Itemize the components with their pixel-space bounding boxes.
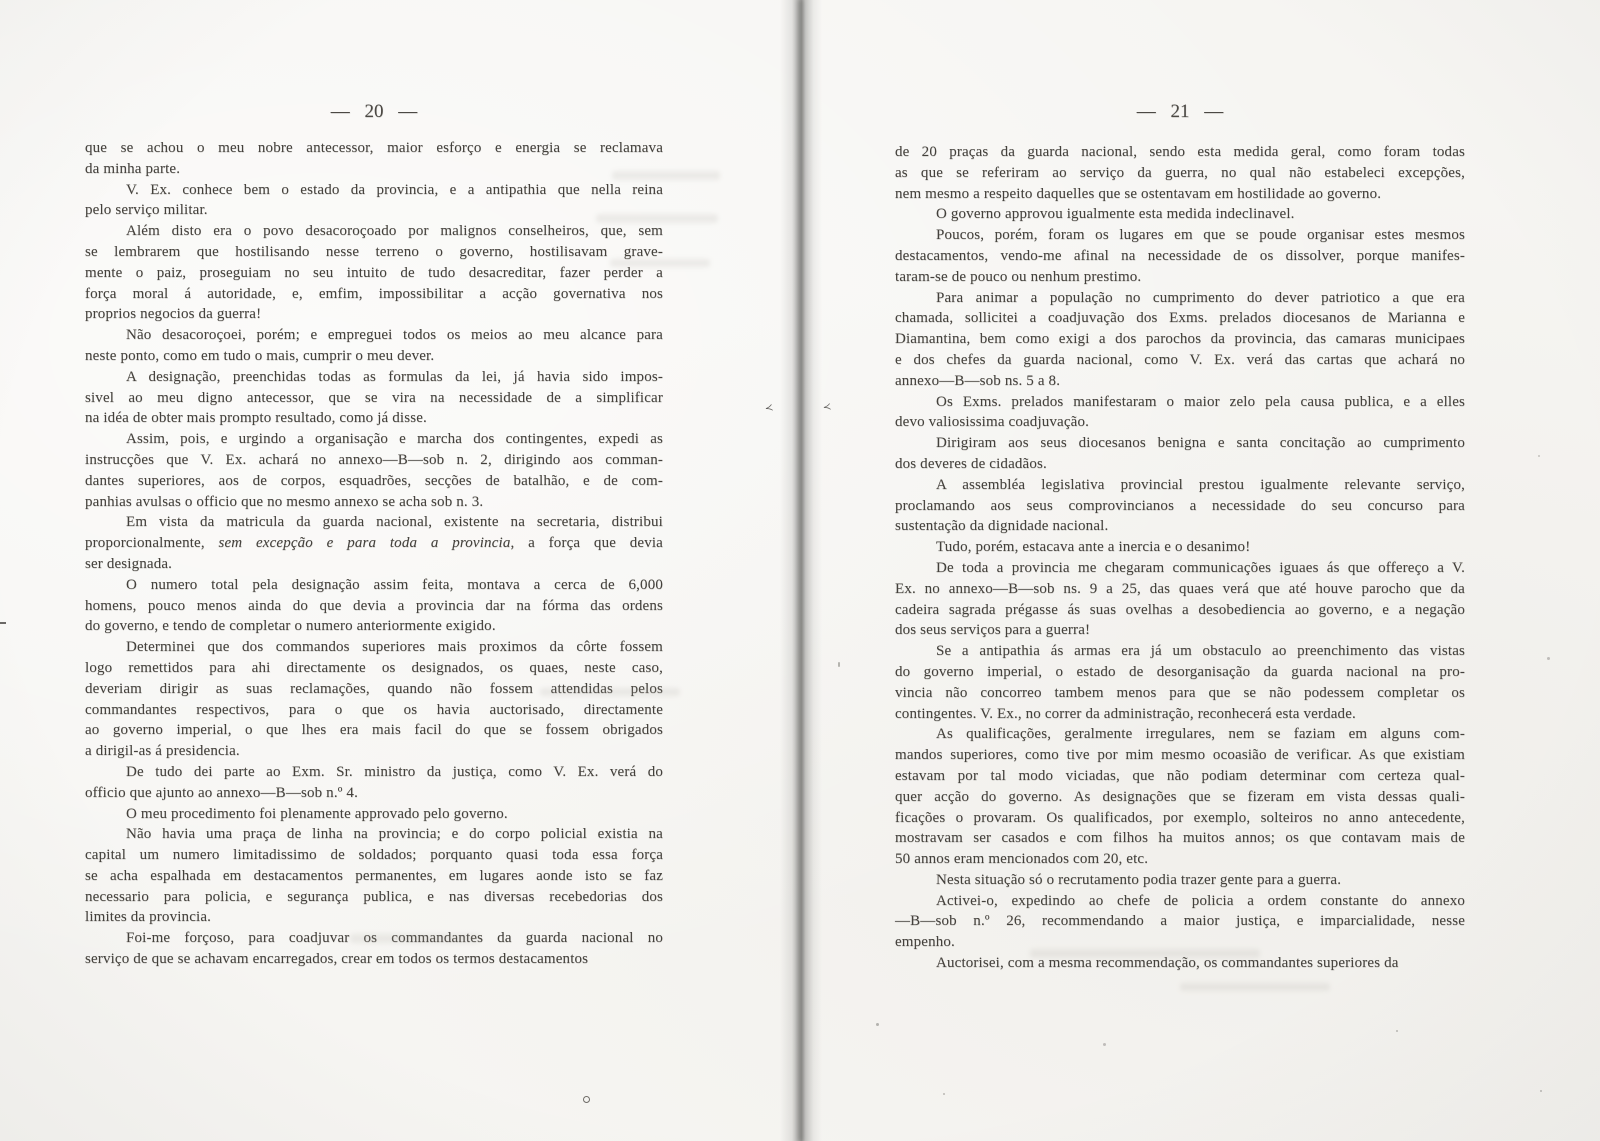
text-line: se acha espalhada em destacamentos perma… [85, 866, 663, 887]
dust-speck [1103, 1043, 1106, 1046]
stray-pen-mark: ≺ [822, 402, 832, 413]
text-line: na idéa de obter mais prompto resultado,… [85, 408, 663, 429]
book-gutter-core-shadow [798, 0, 803, 1141]
text-line: dantes superiores, aos de corpos, esquad… [85, 471, 663, 492]
text-line: Não desacoroçoei, porém; e empreguei tod… [85, 325, 663, 346]
dust-speck [1538, 455, 1540, 457]
text-line: limites da provincia. [85, 907, 663, 928]
paragraph: Poucos, porém, foram os lugares em que s… [895, 225, 1465, 287]
text-line: dos deveres de cidadãos. [895, 454, 1465, 475]
paragraph: Além disto era o povo desacoroçoado por … [85, 221, 663, 325]
page-text-left: que se achou o meu nobre antecessor, mai… [85, 138, 663, 970]
dust-speck [876, 1023, 879, 1026]
text-line: necessario para policia, e segurança pub… [85, 887, 663, 908]
paragraph: Se a antipathia ás armas era já um obsta… [895, 641, 1465, 724]
paragraph: O governo approvou igualmente esta medid… [895, 204, 1465, 225]
text-line: Dirigiram aos seus diocesanos benigna e … [895, 433, 1465, 454]
text-line: Auctorisei, com a mesma recommendação, o… [895, 953, 1465, 974]
text-line: Além disto era o povo desacoroçoado por … [85, 221, 663, 242]
text-line: a dirigil-as á presidencia. [85, 741, 663, 762]
text-line: do governo imperial, o estado de desorga… [895, 662, 1465, 683]
text-line: do governo, e tendo de completar o numer… [85, 616, 663, 637]
text-line: commandantes respectivos, para o que os … [85, 700, 663, 721]
text-line: da minha parte. [85, 159, 663, 180]
paragraph: De toda a provincia me chegaram communic… [895, 558, 1465, 641]
paragraph: Assim, pois, e urgindo a organisação e m… [85, 429, 663, 512]
ink-ring-speck [583, 1096, 590, 1103]
dust-speck [943, 1093, 945, 1095]
text-line: vincia não concorreo tambem menos para q… [895, 683, 1465, 704]
text-line: instrucções que V. Ex. achará no annexo—… [85, 450, 663, 471]
text-line: cadeira sagrada prégasse ás suas ovelhas… [895, 600, 1465, 621]
text-line: ficações o provaram. Os qualificados, po… [895, 808, 1465, 829]
paragraph: Auctorisei, com a mesma recommendação, o… [895, 953, 1465, 974]
text-line: serviço de que se achavam encarregados, … [85, 949, 663, 970]
text-line: A designação, preenchidas todas as formu… [85, 367, 663, 388]
text-line: homens, pouco menos ainda do que devia a… [85, 596, 663, 617]
paragraph: Foi-me forçoso, para coadjuvar os comman… [85, 928, 663, 970]
page-number-left: — 20 — [85, 101, 663, 123]
text-line: estavam por tal modo viciadas, que não p… [895, 766, 1465, 787]
paragraph: Tudo, porém, estacava ante a inercia e o… [895, 537, 1465, 558]
paragraph: Não havia uma praça de linha na provinci… [85, 824, 663, 928]
paragraph: Dirigiram aos seus diocesanos benigna e … [895, 433, 1465, 475]
text-line: V. Ex. conhece bem o estado da provincia… [85, 180, 663, 201]
dust-speck [1540, 1090, 1542, 1092]
text-line: 50 annos eram mencionados com 20, etc. [895, 849, 1465, 870]
text-line: mostravam ser casados e com filhos ha mu… [895, 828, 1465, 849]
text-line: Assim, pois, e urgindo a organisação e m… [85, 429, 663, 450]
paragraph: As qualificações, geralmente irregulares… [895, 724, 1465, 870]
text-line: sustentação da dignidade nacional. [895, 516, 1465, 537]
text-line: Nesta situação só o recrutamento podia t… [895, 870, 1465, 891]
text-line: e dos chefes da guarda nacional, como V.… [895, 350, 1465, 371]
dust-speck [1547, 657, 1550, 660]
text-line: ser designada. [85, 554, 663, 575]
text-line: panhias avulsas o officio que no mesmo a… [85, 492, 663, 513]
page-text-right: de 20 praças da guarda nacional, sendo e… [895, 142, 1465, 974]
text-line: ao governo imperial, o que lhes era mais… [85, 720, 663, 741]
text-line: Poucos, porém, foram os lugares em que s… [895, 225, 1465, 246]
text-line: A assembléa legislativa provincial prest… [895, 475, 1465, 496]
text-line: quer acção do governo. As designações qu… [895, 787, 1465, 808]
text-line: chamada, sollicitei a coadjuvação dos Ex… [895, 308, 1465, 329]
text-line: De tudo dei parte ao Exm. Sr. ministro d… [85, 762, 663, 783]
paragraph: de 20 praças da guarda nacional, sendo e… [895, 142, 1465, 204]
paragraph: Não desacoroçoei, porém; e empreguei tod… [85, 325, 663, 367]
text-line: Determinei que dos commandos superiores … [85, 637, 663, 658]
paragraph: Determinei que dos commandos superiores … [85, 637, 663, 762]
text-line: Os Exms. prelados manifestaram o maior z… [895, 392, 1465, 413]
stray-pen-mark: ≺ [764, 403, 774, 415]
paragraph: O meu procedimento foi plenamente approv… [85, 804, 663, 825]
text-line: nem mesmo a respeito daquelles que se os… [895, 184, 1465, 205]
text-line: officio que ajunto ao annexo—B—sob n.º 4… [85, 783, 663, 804]
bleed-through-smudge [1180, 983, 1330, 991]
paragraph: Activei-o, expedindo ao chefe de policia… [895, 891, 1465, 953]
text-line: O numero total pela designação assim fei… [85, 575, 663, 596]
paragraph: V. Ex. conhece bem o estado da provincia… [85, 180, 663, 222]
text-line: proclamando aos seus comprovincianos a n… [895, 496, 1465, 517]
text-line: —B—sob n.º 26, recommendando a maior jus… [895, 911, 1465, 932]
text-line: capital um numero limitadissimo de solda… [85, 845, 663, 866]
text-line: Para animar a população no cumprimento d… [895, 288, 1465, 309]
paragraph: Para animar a população no cumprimento d… [895, 288, 1465, 392]
text-line: proprios negocios da guerra! [85, 304, 663, 325]
text-line: empenho. [895, 932, 1465, 953]
text-line: Se a antipathia ás armas era já um obsta… [895, 641, 1465, 662]
text-line: annexo—B—sob ns. 5 a 8. [895, 371, 1465, 392]
text-line: deveriam dirigir as suas reclamações, qu… [85, 679, 663, 700]
text-line: dos seus serviços para a guerra! [895, 620, 1465, 641]
text-line: Tudo, porém, estacava ante a inercia e o… [895, 537, 1465, 558]
text-line: devo valiosissima coadjuvação. [895, 412, 1465, 433]
text-line: se lembrarem que hostilisando nesse terr… [85, 242, 663, 263]
text-line: Ex. no annexo—B—sob ns. 9 a 25, das quae… [895, 579, 1465, 600]
text-line: proporcionalmente, sem excepção e para t… [85, 533, 663, 554]
page-edge-mark [0, 622, 6, 624]
text-line: Diamantina, bem como exigi a dos parocho… [895, 329, 1465, 350]
book-scan: { "colors": { "paper": "#f6f5f2", "ink":… [0, 0, 1600, 1141]
text-line: mandos superiores, como tive por mim mes… [895, 745, 1465, 766]
text-line: mente o paiz, proseguiam no seu intuito … [85, 263, 663, 284]
text-line: força moral á autoridade, e, emfim, impo… [85, 284, 663, 305]
text-line: de 20 praças da guarda nacional, sendo e… [895, 142, 1465, 163]
text-line: Activei-o, expedindo ao chefe de policia… [895, 891, 1465, 912]
paragraph: A designação, preenchidas todas as formu… [85, 367, 663, 429]
paragraph: que se achou o meu nobre antecessor, mai… [85, 138, 663, 180]
text-line: logo remettidos para ahi directamente os… [85, 658, 663, 679]
text-line: Foi-me forçoso, para coadjuvar os comman… [85, 928, 663, 949]
paragraph: Em vista da matricula da guarda nacional… [85, 512, 663, 574]
dust-speck [838, 662, 840, 667]
paragraph: De tudo dei parte ao Exm. Sr. ministro d… [85, 762, 663, 804]
text-line: que se achou o meu nobre antecessor, mai… [85, 138, 663, 159]
paragraph: Os Exms. prelados manifestaram o maior z… [895, 392, 1465, 434]
text-line: Em vista da matricula da guarda nacional… [85, 512, 663, 533]
text-line: as que se referiram ao serviço da guerra… [895, 163, 1465, 184]
text-line: O governo approvou igualmente esta medid… [895, 204, 1465, 225]
text-line: taram-se de pouco ou nenhum prestimo. [895, 267, 1465, 288]
paragraph: A assembléa legislativa provincial prest… [895, 475, 1465, 537]
text-line: destacamentos, vendo-me afinal na necess… [895, 246, 1465, 267]
text-line: Não havia uma praça de linha na provinci… [85, 824, 663, 845]
text-line: contingentes. V. Ex., no correr da admin… [895, 704, 1465, 725]
text-line: neste ponto, como em tudo o mais, cumpri… [85, 346, 663, 367]
paragraph: Nesta situação só o recrutamento podia t… [895, 870, 1465, 891]
text-line: pelo serviço militar. [85, 200, 663, 221]
text-line: De toda a provincia me chegaram communic… [895, 558, 1465, 579]
text-line: As qualificações, geralmente irregulares… [895, 724, 1465, 745]
text-line: O meu procedimento foi plenamente approv… [85, 804, 663, 825]
dust-speck [1396, 1030, 1398, 1032]
page-number-right: — 21 — [895, 101, 1465, 123]
paragraph: O numero total pela designação assim fei… [85, 575, 663, 637]
text-line: sivel ao meu digno antecessor, que se vi… [85, 388, 663, 409]
